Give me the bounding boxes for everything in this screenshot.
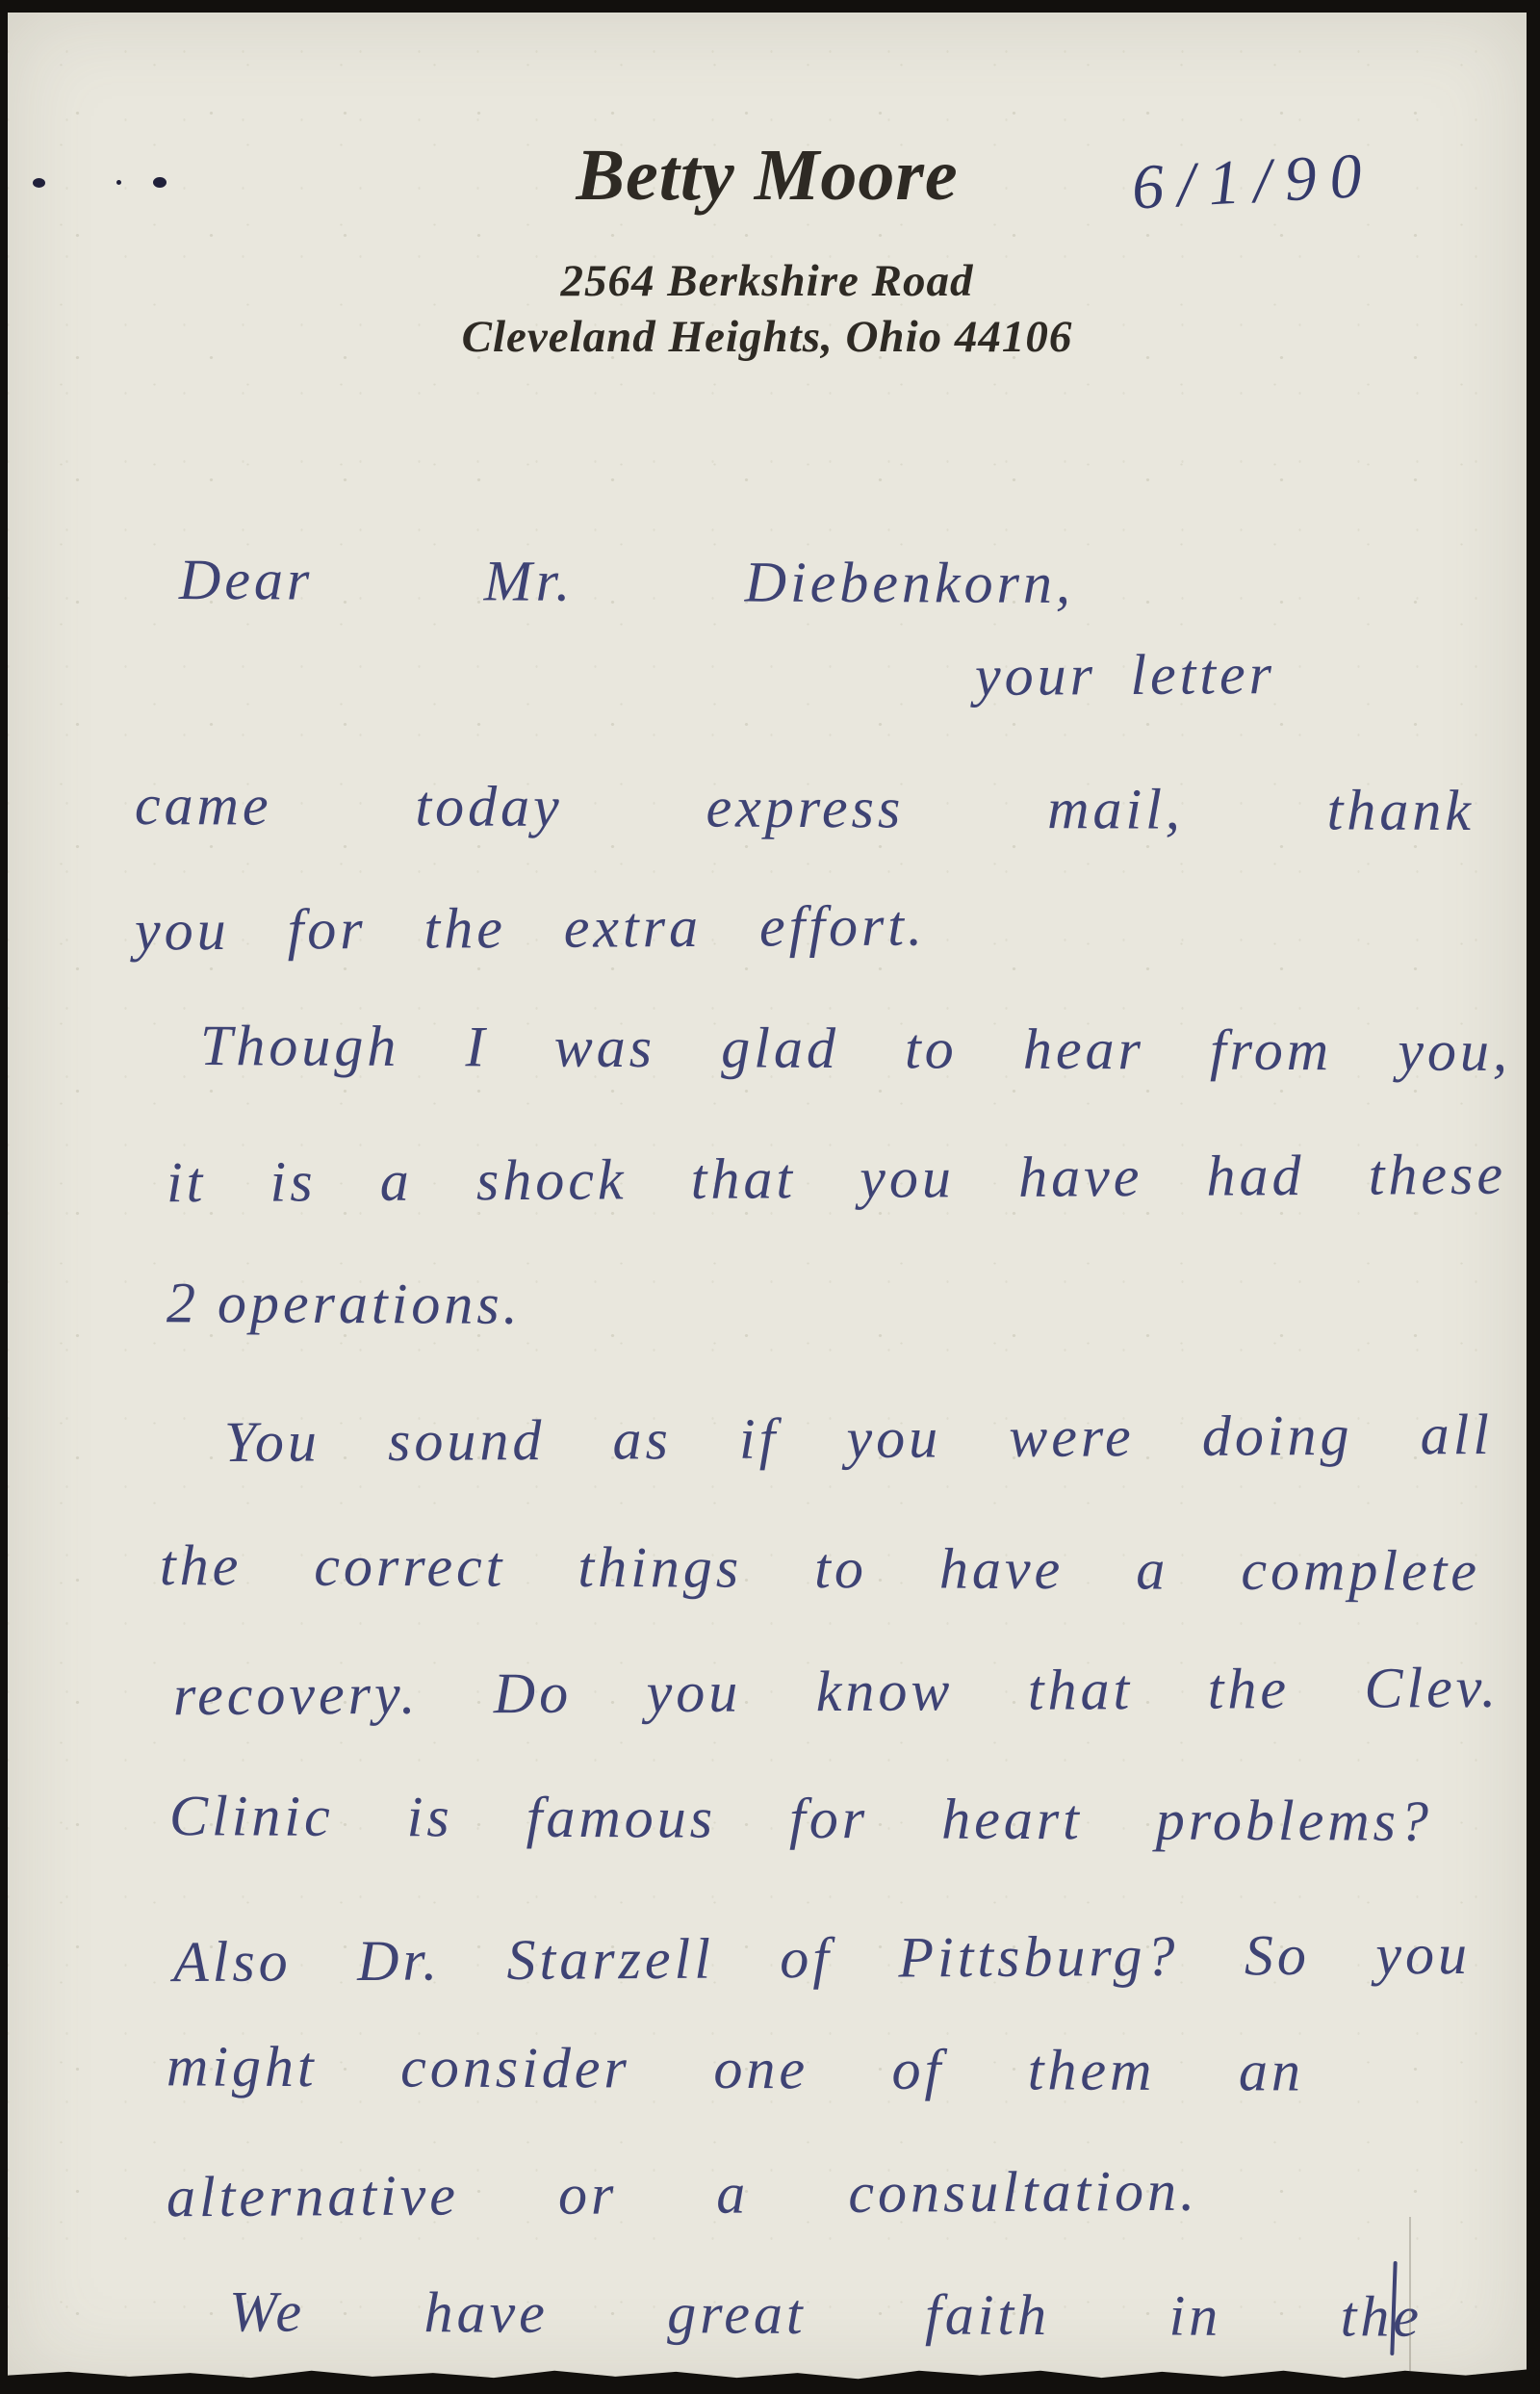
handwriting-line: Clinic is famous for heart problems?	[169, 1783, 1432, 1855]
handwriting-line: We have great faith in the	[229, 2278, 1423, 2350]
ink-speck	[33, 178, 45, 188]
handwriting-line: You sound as if you were doing all	[224, 1402, 1493, 1476]
handwriting-line: recovery. Do you know that the Clev.	[173, 1655, 1500, 1729]
letter-photo: { "photo": { "backdrop_color": "#12100d"…	[0, 0, 1540, 2394]
handwriting-line: alternative or a consultation.	[167, 2158, 1198, 2231]
handwriting-line-salutation: Dear Mr. Diebenkorn,	[179, 547, 1074, 617]
ink-speck	[116, 180, 121, 185]
letterhead-address-line1: 2564 Berkshire Road	[8, 255, 1527, 307]
handwriting-line: it is a shock that you have had these	[167, 1142, 1506, 1217]
handwriting-line: 2 operations.	[167, 1270, 515, 1338]
paper-crease	[1409, 2217, 1411, 2381]
handwriting-line: Also Dr. Starzell of Pittsburg? So you	[173, 1921, 1471, 1995]
handwriting-line: your letter	[975, 641, 1275, 709]
handwriting-line: might consider one of them an	[167, 2033, 1304, 2104]
letter-paper: Betty Moore 2564 Berkshire Road Clevelan…	[8, 13, 1527, 2382]
ink-speck	[153, 177, 167, 188]
handwriting-line: came today express mail, thank	[135, 772, 1475, 844]
letterhead-address-line2: Cleveland Heights, Ohio 44106	[8, 311, 1527, 363]
handwriting-line: you for the extra effort.	[135, 892, 926, 964]
handwriting-line: Though I was glad to hear from you,	[200, 1013, 1511, 1085]
handwriting-line: the correct things to have a complete	[160, 1532, 1480, 1605]
handwritten-date: 6/1/90	[1130, 139, 1376, 224]
